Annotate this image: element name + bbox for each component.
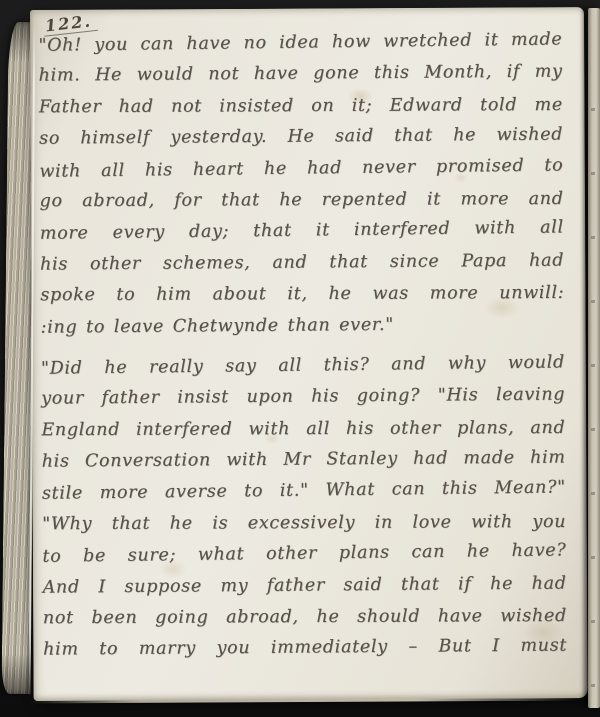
manuscript-page: 122. "Oh! you can have no idea how wretc… [30,7,588,701]
adjacent-page-sliver [588,8,600,708]
manuscript-line: more every day; that it interfered with … [40,213,564,251]
manuscript-line: your father insist upon his going? "His … [41,380,565,416]
manuscript-line: Father had not insisted on it; Edward to… [39,90,563,124]
adjacent-page-writing-marks [591,78,595,688]
manuscript-line: his other schemes, and that since Papa h… [40,245,564,281]
manuscript-line: him to marry you immediately – But I mus… [43,631,567,667]
manuscript-line: stile more averse to it." What can this … [42,473,566,511]
manuscript-line: to be sure; what other plans can he have… [42,536,566,574]
manuscript-line: spoke to him about it, he was more unwil… [40,278,564,312]
manuscript-line: so himself yesterday. He said that he wi… [39,120,563,156]
photo-backdrop: 122. "Oh! you can have no idea how wretc… [0,0,600,717]
manuscript-line: England interfered with all his other pl… [41,413,565,447]
manuscript-line: not been going abroad, he should have wi… [43,601,567,635]
manuscript-line: And I suppose my father said that if he … [43,568,567,604]
manuscript-line: him. He would not have gone this Month, … [39,57,563,93]
manuscript-line: with all his heart he had never promised… [39,150,563,188]
manuscript-line: "Oh! you can have no idea how wretched i… [38,24,562,62]
paragraph-1: "Oh! you can have no idea how wretched i… [38,26,564,344]
manuscript-line: :ing to leave Chetwynde than ever." [40,308,564,344]
paragraph-2: "Did he really say all this? and why wou… [41,348,567,666]
handwritten-text: "Oh! you can have no idea how wretched i… [38,26,567,667]
manuscript-line: "Did he really say all this? and why wou… [41,347,565,385]
